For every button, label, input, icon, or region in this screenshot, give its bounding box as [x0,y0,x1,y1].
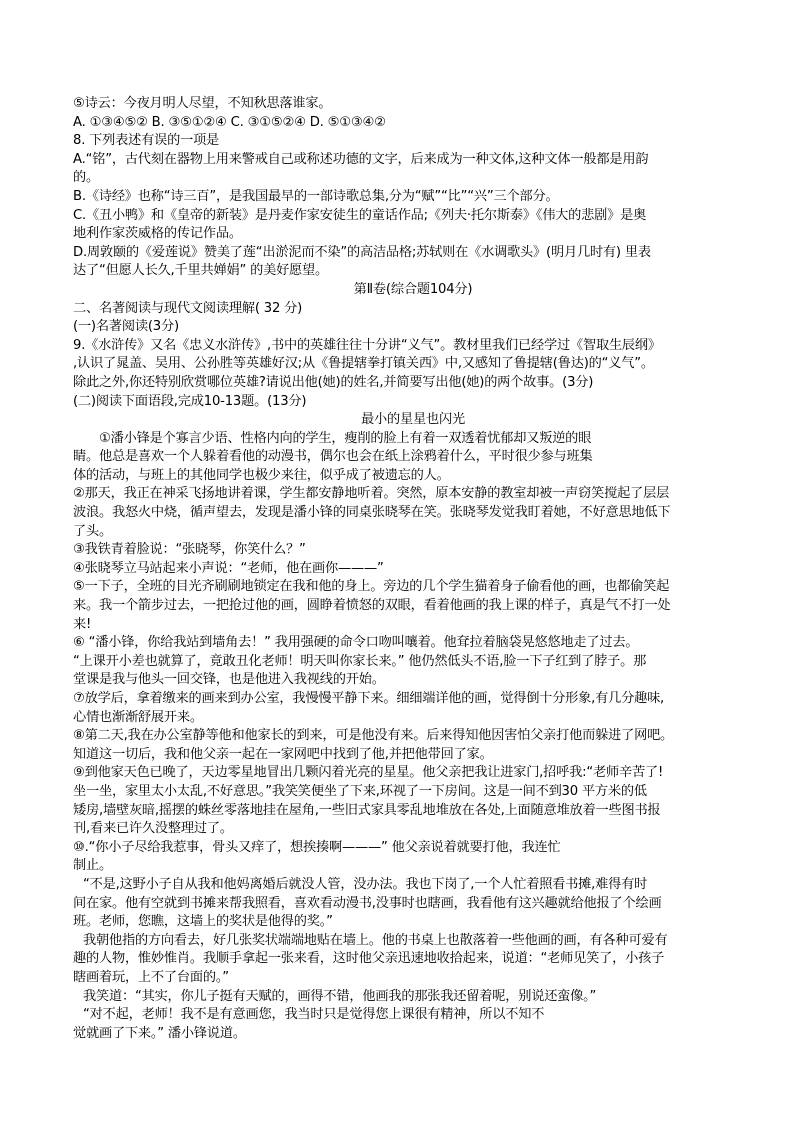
q9-line-1: 9.《水浒传》又名《忠义水浒传》,书中的英雄往往十分讲“义气”。教材里我们已经学… [73,337,753,356]
passage-line: ⑨到他家天色已晚了，天边零星地冒出几颗闪着光亮的星星。他父亲把我让进家门,招呼我… [73,764,753,783]
passage-line: 来! [73,616,753,635]
q8-option-a-cont: 的。 [73,169,753,188]
subsection2-heading: (二)阅读下面语段,完成10-13题。(13分) [73,393,753,412]
q9-line-3: 除此之外,你还特别欣赏哪位英雄?请说出他(她)的姓名,并简要写出他(她)的两个故… [73,374,753,393]
q8-option-c: C.《丑小鸭》和《皇帝的新装》是丹麦作家安徒生的童话作品;《列夫·托尔斯泰》《伟… [73,207,753,226]
q8-stem: 8. 下列表述有误的一项是 [73,132,753,151]
passage-line: 波浪。我怒火中烧，循声望去，发现是潘小锋的同桌张晓琴在笑。张晓琴发觉我盯着她，不… [73,504,753,523]
passage-line: ⑤一下子，全班的目光齐刷刷地锁定在我和他的身上。旁边的几个学生猫着身子偷看他的画… [73,578,753,597]
passage-line: 睛。他总是喜欢一个人躲着看他的动漫书，偶尔也会在纸上涂鸦着什么，平时很少参与班集 [73,448,753,467]
passage-line: “对不起，老师！我不是有意画您，我当时只是觉得您上课很有精神，所以不知不 [73,1006,753,1025]
passage-line: ①潘小锋是个寡言少语、性格内向的学生，瘦削的脸上有着一双透着忧郁却又叛逆的眼 [73,430,753,449]
passage-line: 我笑道：“其实，你儿子挺有天赋的，画得不错，他画我的那张我还留着呢，别说还蛮像。… [73,988,753,1007]
passage-line: ④张晓琴立马站起来小声说：“老师，他在画你———” [73,560,753,579]
passage-title: 最小的星星也闪光 [73,411,753,430]
passage-line: 班。老师，您瞧，这墙上的奖状是他得的奖。” [73,913,753,932]
passage-line: 制止。 [73,857,753,876]
passage-line: 瞎画着玩，上不了台面的。” [73,969,753,988]
passage-line: “不是,这野小子自从我和他妈离婚后就没人管，没办法。我也下岗了,一个人忙着照看书… [73,876,753,895]
passage-line: ⑧第二天,我在办公室静等他和他家长的到来，可是他没有来。后来得知他因害怕父亲打他… [73,727,753,746]
subsection1-heading: (一)名著阅读(3分) [73,318,753,337]
passage-line: “上课开小差也就算了，竟敢丑化老师！明天叫你家长来。” 他仍然低头不语,脸一下子… [73,653,753,672]
q8-option-b: B.《诗经》也称“诗三百”，是我国最早的一部诗歌总集,分为“赋”“比”“兴”三个… [73,188,753,207]
passage-line: 知道这一切后，我和他父亲一起在一家网吧中找到了他,并把他带回了家。 [73,746,753,765]
passage-line: 我朝他指的方向看去，好几张奖状端端地贴在墙上。他的书桌上也散落着一些他画的画，有… [73,932,753,951]
passage-line: 来。我一个箭步过去，一把抢过他的画，圆睁着愤怒的双眼，看着他画的我上课的样子，真… [73,597,753,616]
q7-options: A. ①③④⑤② B. ③⑤①②④ C. ③①⑤②④ D. ⑤①③④② [73,114,753,133]
passage-line: ⑩.“你小子尽给我惹事，骨头又痒了，想挨揍啊———” 他父亲说着就要打他，我连忙 [73,839,753,858]
q8-option-a: A.“铭”，古代刻在器物上用来警戒自己或称述功德的文字，后来成为一种文体,这种文… [73,151,753,170]
q8-option-c-cont: 地利作家茨威格的传记作品。 [73,225,753,244]
passage-line: 体的活动，与班上的其他同学也极少来往，似乎成了被遗忘的人。 [73,467,753,486]
passage-line: 心情也渐渐舒展开来。 [73,709,753,728]
q8-option-d-cont: 达了“但愿人长久,千里共婵娟” 的美好愿望。 [73,262,753,281]
passage-line: 矮房,墙壁灰暗,摇摆的蛛丝零落地挂在屋角,一些旧式家具零乱地堆放在各处,上面随意… [73,802,753,821]
passage-line: ⑦放学后，拿着缴来的画来到办公室，我慢慢平静下来。细细端详他的画，觉得倒十分形象… [73,690,753,709]
passage-line: 了头。 [73,523,753,542]
part2-title: 第Ⅱ卷(综合题104分) [73,281,753,300]
q9-line-2: ,认识了晁盖、吴用、公孙胜等英雄好汉;从《鲁提辖拳打镇关西》中,又感知了鲁提辖(… [73,355,753,374]
passage-line: 觉就画了下来。” 潘小锋说道。 [73,1025,753,1044]
passage-line: ②那天，我正在神采飞扬地讲着课，学生都安静地听着。突然，原本安静的教室却被一声窃… [73,485,753,504]
passage-line: 趣的人物，惟妙惟肖。我顺手拿起一张来看，这时他父亲迅速地收拾起来，说道：“老师见… [73,950,753,969]
passage-line: ③我铁青着脸说：“张晓琴，你笑什么？” [73,541,753,560]
passage-line: ⑥ “潘小锋，你给我站到墙角去！” 我用强硬的命令口吻叫嚷着。他耷拉着脑袋晃悠悠… [73,634,753,653]
q8-option-d: D.周敦颐的《爱莲说》赞美了莲“出淤泥而不染”的高洁品格;苏轼则在《水调歌头》(… [73,244,753,263]
passage-line: 坐一坐，家里太小太乱,不好意思。”我笑笑便坐了下来,环视了一下房间。这是一间不到… [73,783,753,802]
q7-item-5: ⑤诗云：今夜月明人尽望，不知秋思落谁家。 [73,95,753,114]
exam-page: ⑤诗云：今夜月明人尽望，不知秋思落谁家。 A. ①③④⑤② B. ③⑤①②④ C… [73,95,753,1043]
section2-heading: 二、名著阅读与现代文阅读理解( 32 分) [73,300,753,319]
passage-line: 间在家。他有空就到书摊来帮我照看，喜欢看动漫书,没事时也瞎画，我看他有这兴趣就给… [73,895,753,914]
passage-line: 堂课是我与他头一回交锋，也是他进入我视线的开始。 [73,671,753,690]
passage-line: 刊,看来已许久没整理过了。 [73,820,753,839]
